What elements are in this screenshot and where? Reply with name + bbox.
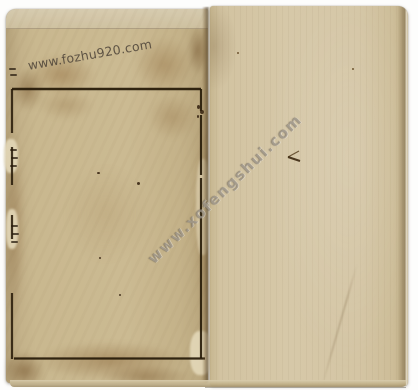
speck [197, 105, 200, 109]
speck [352, 68, 354, 70]
speck [119, 294, 121, 296]
page-stack-edge-line [205, 387, 406, 388]
insect-damage-mark-icon [284, 149, 304, 165]
book-photo: www.fozhu920.com www.xofengshui.com [0, 0, 418, 390]
speck [237, 52, 239, 54]
speck [197, 115, 199, 118]
page-stack-edge-right [397, 6, 408, 386]
speck [97, 172, 100, 174]
speck [137, 182, 140, 185]
right-page [210, 6, 408, 386]
paper-texture [210, 6, 408, 386]
page-stack-edge-bottom [10, 380, 406, 387]
speck [99, 257, 101, 259]
